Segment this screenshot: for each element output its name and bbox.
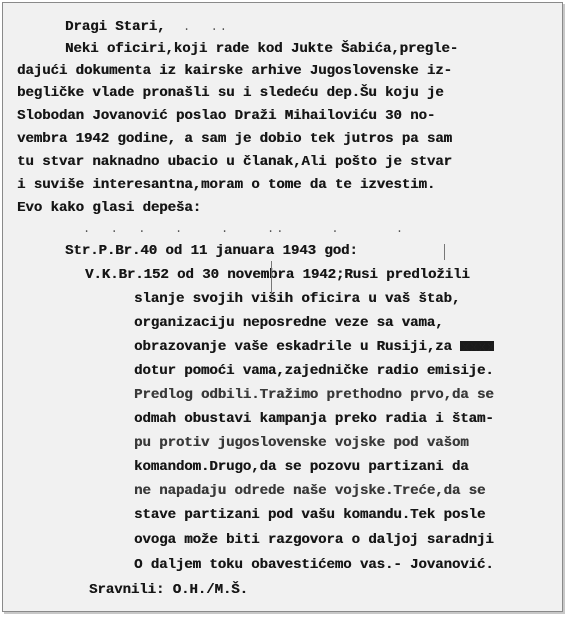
dispatch-body-4: dotur pomoći vama,zajedničke radio emisi…	[134, 364, 494, 378]
dispatch-body-5: Predlog odbili.Tražimo prethodno prvo,da…	[134, 388, 494, 402]
dispatch-body-6: odmah obustavi kampanja preko radia i št…	[134, 412, 494, 426]
stray-mark	[271, 261, 272, 295]
greeting: Dragi Stari,	[65, 20, 165, 34]
intro-line-5: vembra 1942 godine, a sam je dobio tek j…	[17, 132, 452, 146]
stray-mark	[444, 244, 445, 260]
dispatch-body-10: stave partizani pod vašu komandu.Tek pos…	[134, 508, 485, 522]
dispatch-body-11: ovoga može biti razgovora o daljoj sarad…	[134, 533, 494, 547]
dispatch-body-2: organizaciju neposredne veze sa vama,	[134, 316, 443, 330]
dispatch-body-12: O daljem toku obavestićemo vas.- Jovanov…	[134, 558, 494, 572]
dispatch-body-1: slanje svojih viših oficira u vaš štab,	[134, 292, 460, 306]
verification-signature: Sravnili: O.H./M.Š.	[89, 583, 248, 597]
intro-line-3: begličke vlade pronašli su i sledeću dep…	[17, 86, 444, 100]
intro-line-8: Evo kako glasi depeša:	[17, 201, 201, 215]
dispatch-header: Str.P.Br.40 od 11 januara 1943 god:	[65, 244, 358, 258]
dispatch-line-1: V.K.Br.152 od 30 novembra 1942;Rusi pred…	[85, 268, 470, 282]
intro-line-1: Neki oficiri,koji rade kod Jukte Šabića,…	[65, 42, 458, 56]
dispatch-body-8: komandom.Drugo,da se pozovu partizani da	[134, 460, 469, 474]
typewritten-document-page: Dragi Stari, . .. Neki oficiri,koji rade…	[2, 2, 563, 612]
dispatch-body-9: ne napadaju odrede naše vojske.Treće,da …	[134, 484, 485, 498]
dispatch-body-3: obrazovanje vaše eskadrile u Rusiji,za x…	[134, 340, 494, 354]
stray-dots: . . . . . .. . .	[83, 222, 405, 236]
dispatch-body-7: pu protiv jugoslovenske vojske pod vašom	[134, 436, 469, 450]
dispatch-body-3-text: obrazovanje vaše eskadrile u Rusiji,za	[134, 339, 452, 355]
stray-dots: . ..	[183, 20, 229, 34]
struck-out-word: xxxx	[460, 341, 493, 351]
intro-line-6: tu stvar naknadno ubacio u članak,Ali po…	[17, 155, 452, 169]
intro-line-7: i suviše interesantna,moram o tome da te…	[17, 178, 435, 192]
intro-line-2: dajući dokumenta iz kairske arhive Jugos…	[17, 64, 452, 78]
intro-line-4: Slobodan Jovanović poslao Draži Mihailov…	[17, 109, 435, 123]
